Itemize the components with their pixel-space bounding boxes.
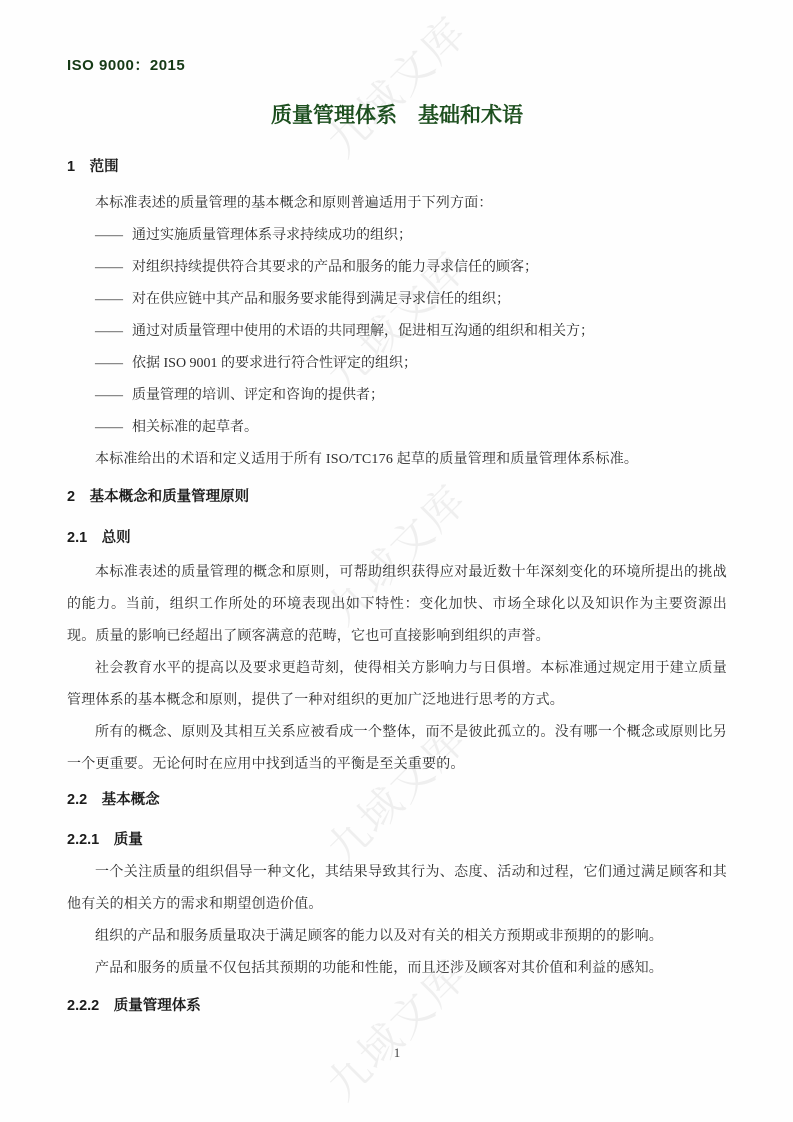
section-1-heading: 1 范围 [67,157,727,177]
list-item: ——依据 ISO 9001 的要求进行符合性评定的组织； [67,348,727,380]
dash-glyph: —— [95,356,123,371]
list-item: ——对在供应链中其产品和服务要求能得到满足寻求信任的组织； [67,284,727,316]
list-item: ——通过对质量管理中使用的术语的共同理解，促进相互沟通的组织和相关方； [67,316,727,348]
paragraph: 所有的概念、原则及其相互关系应被看成一个整体，而不是彼此孤立的。没有哪一个概念或… [67,717,727,781]
list-item-text: 对在供应链中其产品和服务要求能得到满足寻求信任的组织； [132,292,510,307]
section-2-2-heading: 2.2 基本概念 [67,790,727,810]
paragraph: 社会教育水平的提高以及要求更趋苛刻，使得相关方影响力与日俱增。本标准通过规定用于… [67,653,727,717]
list-item: ——对组织持续提供符合其要求的产品和服务的能力寻求信任的顾客； [67,252,727,284]
dash-glyph: —— [95,260,123,275]
paragraph: 本标准表述的质量管理的概念和原则，可帮助组织获得应对最近数十年深刻变化的环境所提… [67,557,727,653]
doc-code: ISO 9000：2015 [67,56,727,76]
paragraph: 组织的产品和服务质量取决于满足顾客的能力以及对有关的相关方预期或非预期的的影响。 [67,921,727,953]
section-2-2-2-heading: 2.2.2 质量管理体系 [67,996,727,1016]
list-item: ——相关标准的起草者。 [67,412,727,444]
section-2-heading: 2 基本概念和质量管理原则 [67,487,727,507]
document-page: 九域文库 九域文库 九域文库 九域文库 九域文库 ISO 9000：2015 质… [0,0,793,1122]
page-number: 1 [67,1044,727,1062]
list-item-text: 质量管理的培训、评定和咨询的提供者； [132,388,384,403]
page-title: 质量管理体系 基础和术语 [67,102,727,130]
section-concepts: 2 基本概念和质量管理原则 2.1 总则 本标准表述的质量管理的概念和原则，可帮… [67,487,727,1016]
section-scope: 1 范围 本标准表述的质量管理的基本概念和原则普遍适用于下列方面： ——通过实施… [67,157,727,476]
section-2-2-1-heading: 2.2.1 质量 [67,830,727,850]
scope-intro: 本标准表述的质量管理的基本概念和原则普遍适用于下列方面： [67,188,727,220]
list-item-text: 通过对质量管理中使用的术语的共同理解，促进相互沟通的组织和相关方； [132,324,594,339]
document-footer: 1 [67,1044,727,1062]
list-item-text: 对组织持续提供符合其要求的产品和服务的能力寻求信任的顾客； [132,260,538,275]
scope-closing: 本标准给出的术语和定义适用于所有 ISO/TC176 起草的质量管理和质量管理体… [67,444,727,476]
dash-glyph: —— [95,292,123,307]
dash-glyph: —— [95,420,123,435]
dash-glyph: —— [95,228,123,243]
list-item-text: 通过实施质量管理体系寻求持续成功的组织； [132,228,412,243]
list-item: ——质量管理的培训、评定和咨询的提供者； [67,380,727,412]
list-item-text: 相关标准的起草者。 [132,420,258,435]
list-item: ——通过实施质量管理体系寻求持续成功的组织； [67,220,727,252]
list-item-text: 依据 ISO 9001 的要求进行符合性评定的组织； [132,356,417,371]
document-header: ISO 9000：2015 质量管理体系 基础和术语 [67,56,727,130]
dash-glyph: —— [95,324,123,339]
paragraph: 一个关注质量的组织倡导一种文化，其结果导致其行为、态度、活动和过程，它们通过满足… [67,857,727,921]
section-2-1-heading: 2.1 总则 [67,528,727,548]
paragraph: 产品和服务的质量不仅包括其预期的功能和性能，而且还涉及顾客对其价值和利益的感知。 [67,953,727,985]
dash-glyph: —— [95,388,123,403]
